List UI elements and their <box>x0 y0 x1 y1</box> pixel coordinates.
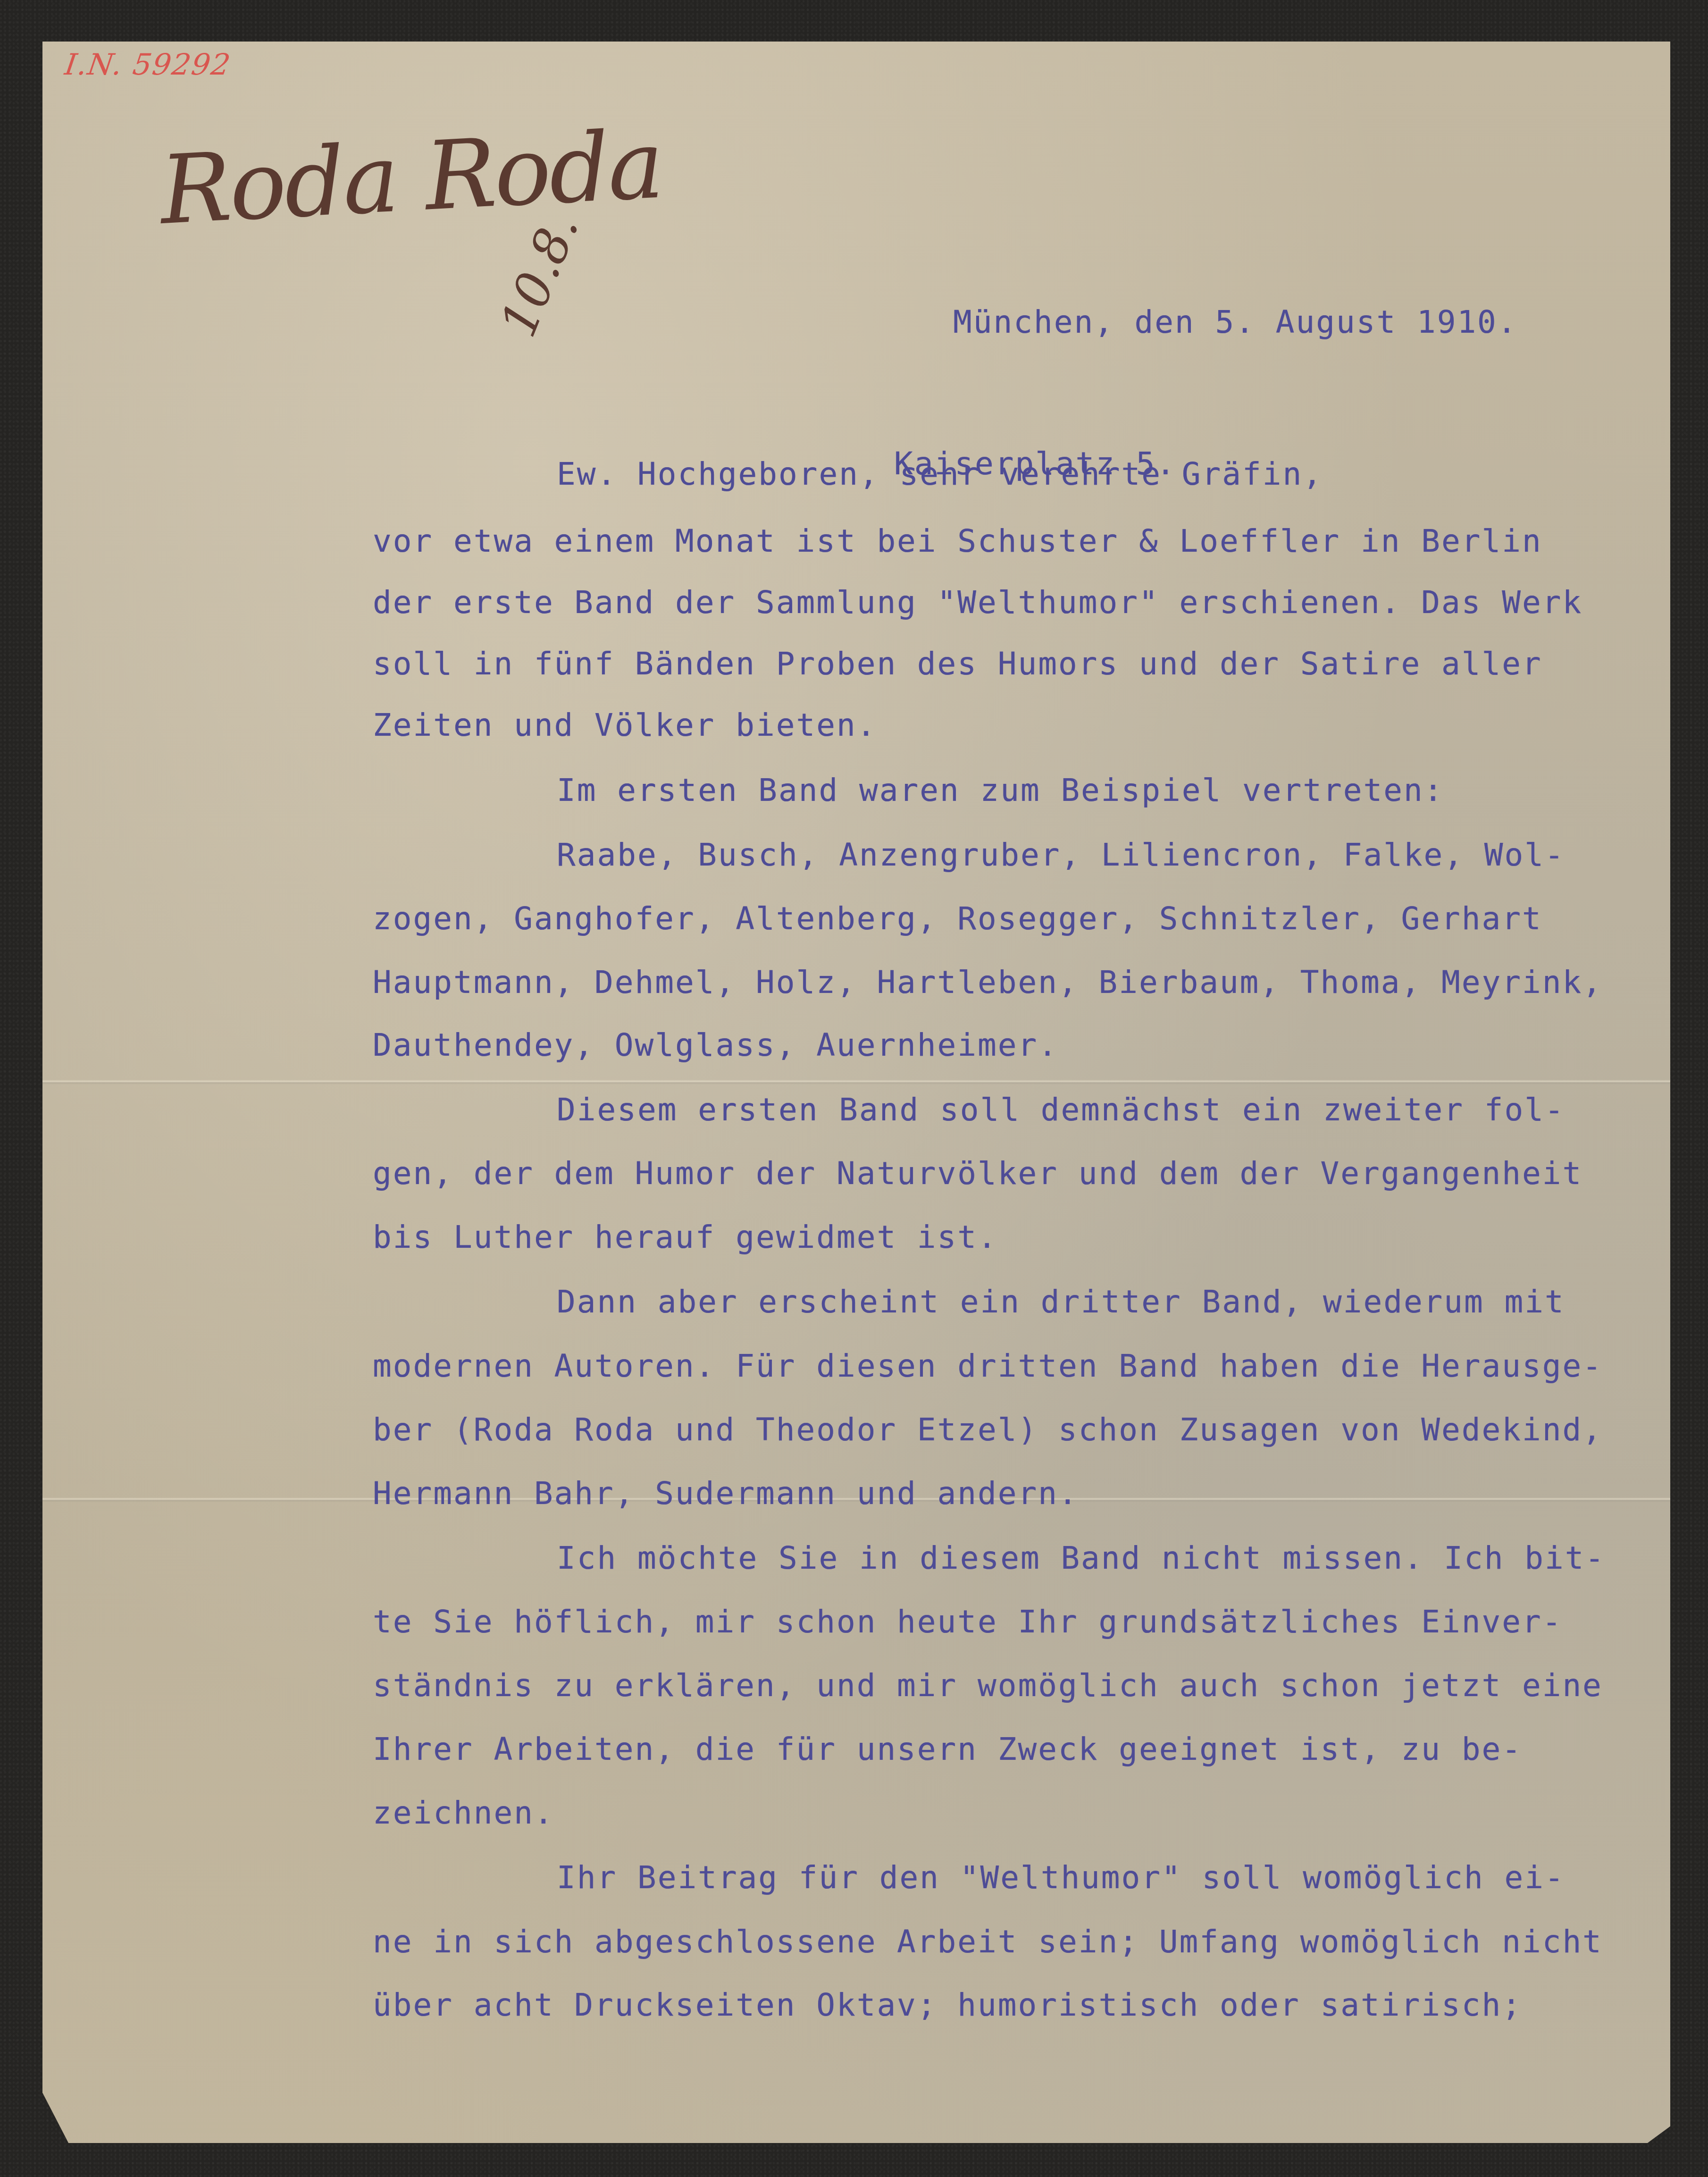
body-line: gen, der dem Humor der Naturvölker und d… <box>373 1155 1582 1192</box>
place-and-date: München, den 5. August 1910. <box>953 299 1518 346</box>
body-line: vor etwa einem Monat ist bei Schuster & … <box>373 523 1542 559</box>
body-line: der erste Band der Sammlung "Welthumor" … <box>373 584 1582 621</box>
body-line: Im ersten Band waren zum Beispiel vertre… <box>373 772 1444 808</box>
body-line: soll in fünf Bänden Proben des Humors un… <box>373 646 1542 682</box>
body-line: Diesem ersten Band soll demnächst ein zw… <box>373 1092 1565 1128</box>
body-line: Hermann Bahr, Sudermann und andern. <box>373 1475 1079 1512</box>
body-line: ständnis zu erklären, und mir womöglich … <box>373 1667 1603 1704</box>
body-line: modernen Autoren. Für diesen dritten Ban… <box>373 1348 1603 1384</box>
body-line: ber (Roda Roda und Theodor Etzel) schon … <box>373 1412 1603 1448</box>
body-line: ne in sich abgeschlossene Arbeit sein; U… <box>373 1924 1603 1960</box>
letter-page: I.N. 59292 Roda Roda 10.8. München, den … <box>42 42 1670 2143</box>
body-line: zeichnen. <box>373 1795 554 1831</box>
body-line: bis Luther herauf gewidmet ist. <box>373 1219 998 1255</box>
body-line: über acht Druckseiten Oktav; humoristisc… <box>373 1987 1522 2023</box>
fold-line <box>42 1080 1670 1084</box>
body-line: Raabe, Busch, Anzengruber, Liliencron, F… <box>373 837 1565 873</box>
body-line: zogen, Ganghofer, Altenberg, Rosegger, S… <box>373 900 1542 937</box>
body-line: Dann aber erscheint ein dritter Band, wi… <box>373 1284 1565 1320</box>
handwritten-author-name: Roda Roda <box>158 109 665 245</box>
body-line: te Sie höflich, mir schon heute Ihr grun… <box>373 1604 1562 1640</box>
body-line: Dauthendey, Owlglass, Auernheimer. <box>373 1027 1058 1063</box>
body-line: Hauptmann, Dehmel, Holz, Hartleben, Bier… <box>373 964 1603 1000</box>
body-line: Zeiten und Völker bieten. <box>373 707 877 743</box>
salutation: Ew. Hochgeboren, sehr verehrte Gräfin, <box>557 456 1323 492</box>
body-line: Ihr Beitrag für den "Welthumor" soll wom… <box>373 1859 1565 1896</box>
body-line: Ihrer Arbeiten, die für unsern Zweck gee… <box>373 1731 1522 1767</box>
body-line: Ich möchte Sie in diesem Band nicht miss… <box>373 1540 1605 1576</box>
inventory-number: I.N. 59292 <box>63 47 233 82</box>
